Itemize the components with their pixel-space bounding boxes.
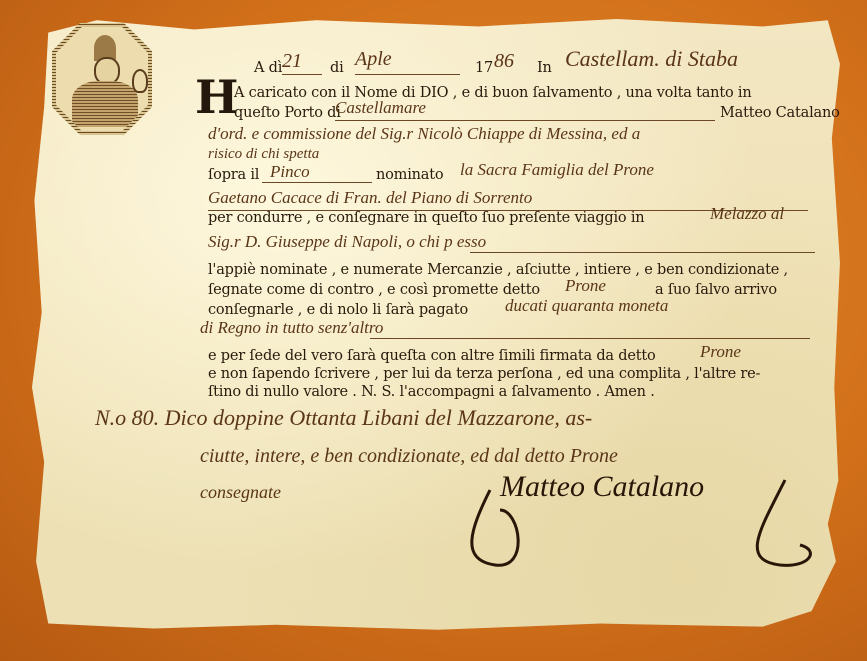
body-line-9-print: l'appiè nominate , e numerate Mercanzie … (208, 262, 788, 278)
month-value: Aple (355, 48, 392, 71)
day-value: 21 (282, 50, 302, 73)
saint-woodcut-illustration (52, 23, 152, 135)
body-line-12-hand: di Regno in tutto senz'altro (200, 318, 383, 338)
year-prefix: 17 (475, 60, 493, 76)
year-suffix: 86 (494, 50, 514, 73)
body-line-5-print-b: nominato (376, 167, 443, 183)
body-line-7-print: per condurre , e conſegnare in queſto ſu… (208, 210, 644, 226)
body-line-10-print-b: a ſuo ſalvo arrivo (655, 282, 777, 298)
body-line-11-print: conſegnarle , e di nolo li ſarà pagato (208, 302, 468, 318)
port-value: Castellamare (335, 98, 426, 118)
body-line-14-print: e non ſapendo ſcrivere , per lui da terz… (208, 366, 760, 382)
body-line-10-hand: Prone (565, 276, 606, 296)
captain-name: Matteo Catalano (720, 105, 840, 121)
signature-flourish-icon (440, 470, 820, 580)
saint-robe-icon (72, 81, 138, 127)
body-line-4-hand: risico di chi spetta (208, 146, 319, 163)
in-label: In (537, 60, 552, 76)
a-di-label: A dì (254, 60, 282, 76)
annotation-line-2: ciutte, intere, e ben condizionate, ed d… (200, 445, 618, 468)
place-value: Castellam. di Staba (565, 46, 738, 72)
body-line-13-print: e per ſede del vero ſarà queſta con altr… (208, 348, 656, 364)
body-line-15-print: ſtino di nullo valore . N. S. l'accompag… (208, 384, 655, 400)
body-line-8-hand: Sig.r D. Giuseppe di Napoli, o chi p ess… (208, 232, 486, 252)
freight-value: ducati quaranta moneta (505, 296, 668, 316)
body-line-3-hand: d'ord. e commissione del Sig.r Nicolò Ch… (208, 124, 640, 144)
body-line-5-print-a: ſopra il (208, 167, 259, 183)
vessel-type-value: Pinco (270, 162, 310, 182)
destination-value: Melazzo al (710, 204, 784, 224)
drop-cap-h: H (195, 74, 238, 120)
annotation-line-1: N.o 80. Dico doppine Ottanta Libani del … (95, 405, 592, 431)
body-line-2-print: queſto Porto di (234, 105, 341, 121)
body-line-6-hand: Gaetano Cacace di Fran. del Piano di Sor… (208, 188, 532, 208)
annotation-line-3: consegnate (200, 482, 281, 503)
body-line-1: A caricato con il Nome di DIO , e di buo… (234, 85, 751, 101)
vessel-name-value: la Sacra Famiglia del Prone (460, 160, 654, 180)
body-line-10-print-a: ſegnate come di contro , e così promette… (208, 282, 540, 298)
body-line-13-hand: Prone (700, 342, 741, 362)
di-label: di (330, 60, 344, 76)
flame-icon (132, 69, 148, 93)
